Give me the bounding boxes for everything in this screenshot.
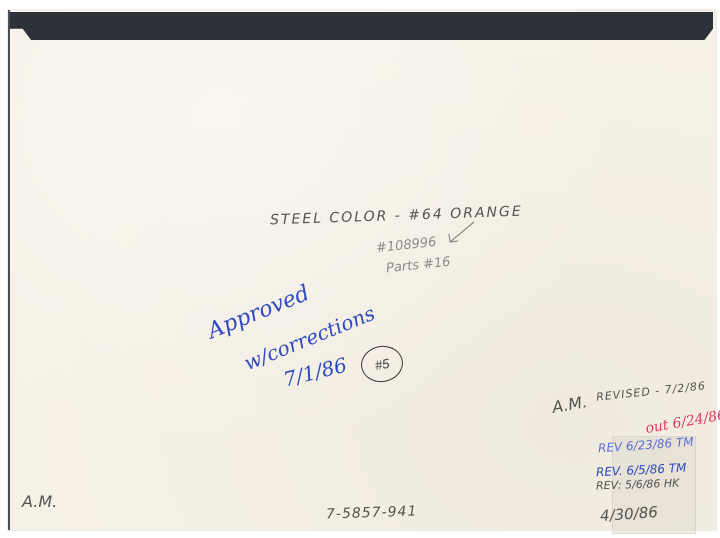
binding-tape <box>10 12 713 40</box>
initials-bottom: A.M. <box>22 492 57 511</box>
job-number: 7-5857-941 <box>326 503 418 522</box>
checkmark-arrow-icon <box>444 220 476 246</box>
circled-number-text: #5 <box>374 355 391 372</box>
